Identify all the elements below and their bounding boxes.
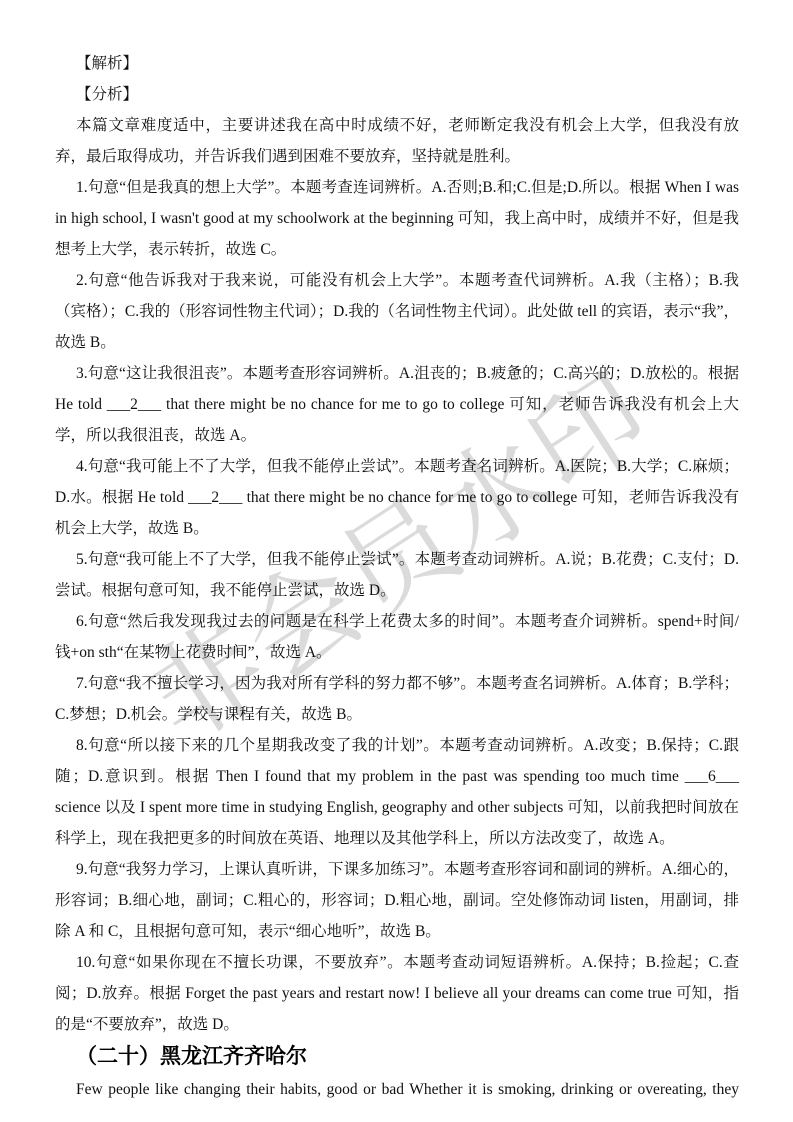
explanation-item-1: 1.句意“但是我真的想上大学”。本题考查连词辨析。A.否则;B.和;C.但是;D… xyxy=(55,172,739,265)
fenxi-label: 【分析】 xyxy=(55,79,739,110)
explanation-item-4: 4.句意“我可能上不了大学，但我不能停止尝试”。本题考查名词辨析。A.医院；B.… xyxy=(55,451,739,544)
explanation-item-2: 2.句意“他告诉我对于我来说，可能没有机会上大学”。本题考查代词辨析。A.我（主… xyxy=(55,265,739,358)
section-heading: （二十）黑龙江齐齐哈尔 xyxy=(55,1040,739,1074)
explanation-list: 1.句意“但是我真的想上大学”。本题考查连词辨析。A.否则;B.和;C.但是;D… xyxy=(55,172,739,1040)
explanation-item-7: 7.句意“我不擅长学习，因为我对所有学科的努力都不够”。本题考查名词辨析。A.体… xyxy=(55,668,739,730)
intro-paragraph: 本篇文章难度适中，主要讲述我在高中时成绩不好，老师断定我没有机会上大学，但我没有… xyxy=(55,110,739,172)
next-section-paragraph: Few people like changing their habits, g… xyxy=(55,1074,739,1105)
document-page: 非会员水印 【解析】 【分析】 本篇文章难度适中，主要讲述我在高中时成绩不好，老… xyxy=(0,0,793,1122)
explanation-item-9: 9.句意“我努力学习，上课认真听讲，下课多加练习”。本题考查形容词和副词的辨析。… xyxy=(55,854,739,947)
explanation-item-5: 5.句意“我可能上不了大学，但我不能停止尝试”。本题考查动词辨析。A.说；B.花… xyxy=(55,544,739,606)
explanation-item-8: 8.句意“所以接下来的几个星期我改变了我的计划”。本题考查动词辨析。A.改变；B… xyxy=(55,730,739,854)
explanation-item-6: 6.句意“然后我发现我过去的问题是在科学上花费太多的时间”。本题考查介词辨析。s… xyxy=(55,606,739,668)
jiexi-label: 【解析】 xyxy=(55,48,739,79)
explanation-item-10: 10.句意“如果你现在不擅长功课，不要放弃”。本题考查动词短语辨析。A.保持；B… xyxy=(55,947,739,1040)
explanation-item-3: 3.句意“这让我很沮丧”。本题考查形容词辨析。A.沮丧的；B.疲惫的；C.高兴的… xyxy=(55,358,739,451)
document-content: 【解析】 【分析】 本篇文章难度适中，主要讲述我在高中时成绩不好，老师断定我没有… xyxy=(0,0,793,1105)
